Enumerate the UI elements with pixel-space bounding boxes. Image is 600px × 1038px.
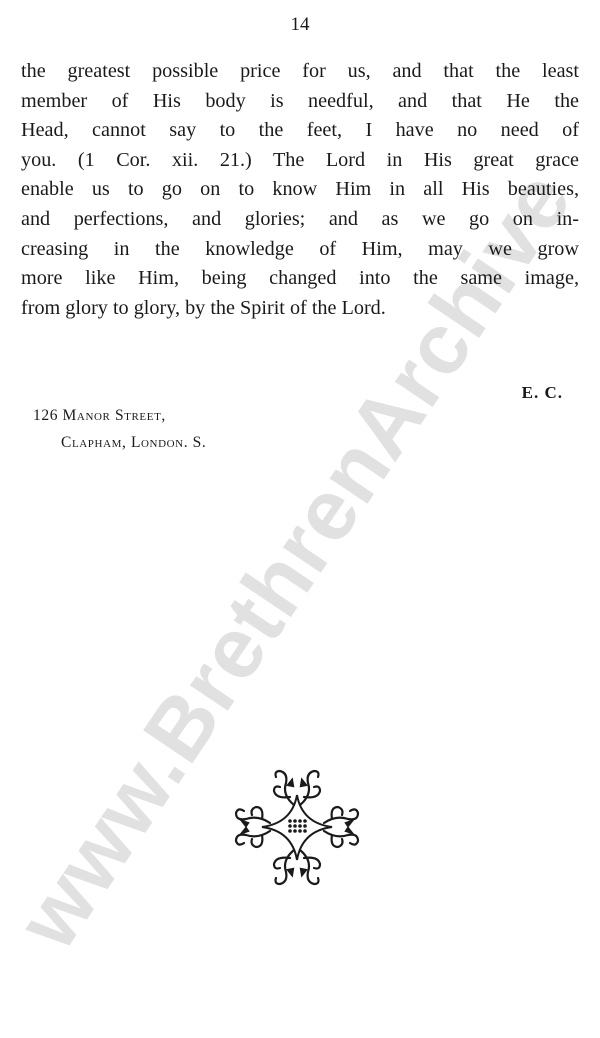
text-line: and perfections, and glories; and as we …	[21, 205, 579, 235]
text-line: Head, cannot say to the feet, I have no …	[21, 116, 579, 146]
author-initials: E. C.	[522, 383, 563, 403]
page-number: 14	[0, 14, 600, 36]
floral-cross-ornament-icon	[232, 765, 362, 890]
text-line: from glory to glory, by the Spirit of th…	[21, 294, 579, 324]
text-line: member of His body is needful, and that …	[21, 87, 579, 117]
text-line: you. (1 Cor. xii. 21.) The Lord in His g…	[21, 146, 579, 176]
address-street: 126 Manor Street,	[33, 407, 166, 425]
body-paragraph: the greatest possible price for us, and …	[21, 57, 579, 323]
address-city: Clapham, London. S.	[61, 434, 206, 452]
text-line: the greatest possible price for us, and …	[21, 57, 579, 87]
text-line: creasing in the knowledge of Him, may we…	[21, 235, 579, 265]
text-line: more like Him, being changed into the sa…	[21, 264, 579, 294]
text-line: enable us to go on to know Him in all Hi…	[21, 175, 579, 205]
